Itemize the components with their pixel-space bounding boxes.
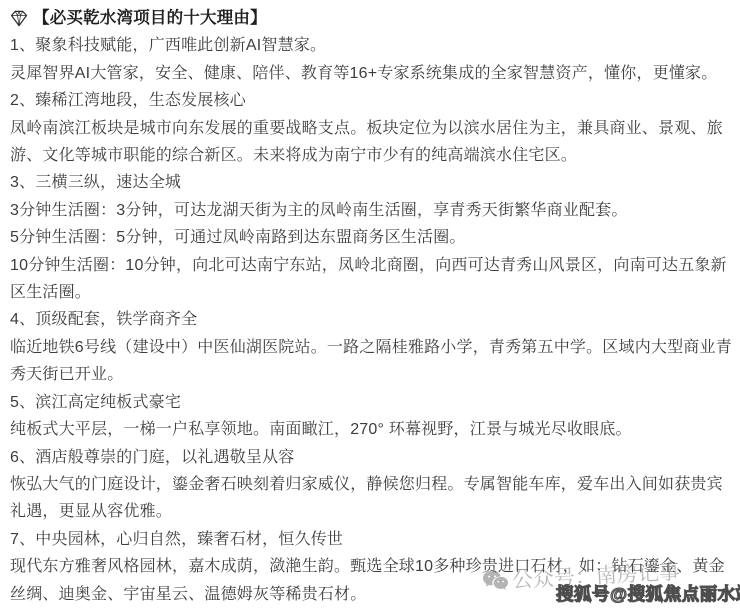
page: { "page": { "background": "#ffffff", "bo…: [0, 0, 740, 609]
gem-icon: [10, 10, 28, 27]
paragraph: 纯板式大平层，一梯一户私享领地。南面瞰江，270° 环幕视野，江景与城光尽收眼底…: [10, 416, 732, 443]
paragraph: 4、顶级配套，铁学商齐全: [10, 306, 732, 333]
paragraph: 现代东方雅奢风格园林，嘉木成荫，潋滟生韵。甄选全球10多种珍贵进口石材，如：钻石…: [10, 553, 732, 608]
paragraph: 5分钟生活圈：5分钟，可通过凤岭南路到达东盟商务区生活圈。: [10, 224, 732, 251]
paragraph: 恢弘大气的门庭设计，鎏金奢石映刻着归家威仪，静候您归程。专属智能车库，爱车出入间…: [10, 471, 732, 526]
paragraph: 3、三横三纵，速达全城: [10, 169, 732, 196]
paragraph: 6、酒店般尊崇的门庭，以礼遇敬呈从容: [10, 444, 732, 471]
paragraph: 5、滨江高定纯板式豪宅: [10, 389, 732, 416]
article-body: 【必买乾水湾项目的十大理由】 1、聚象科技赋能，广西唯此创新AI智慧家。 灵犀智…: [0, 0, 740, 608]
paragraph: 1、聚象科技赋能，广西唯此创新AI智慧家。: [10, 32, 732, 59]
paragraph: 灵犀智界AI大管家，安全、健康、陪伴、教育等16+专家系统集成的全家智慧资产，懂…: [10, 60, 732, 87]
page-title-text: 【必买乾水湾项目的十大理由】: [33, 5, 267, 32]
page-title: 【必买乾水湾项目的十大理由】: [10, 5, 732, 32]
paragraph: 2、臻稀江湾地段，生态发展核心: [10, 87, 732, 114]
paragraph: 7、中央园林，心归自然，臻奢石材，恒久传世: [10, 526, 732, 553]
paragraph: 临近地铁6号线（建设中）中医仙湖医院站。一路之隔桂雅路小学，青秀第五中学。区域内…: [10, 334, 732, 389]
paragraph: 凤岭南滨江板块是城市向东发展的重要战略支点。板块定位为以滨水居住为主，兼具商业、…: [10, 115, 732, 170]
paragraph: 10分钟生活圈：10分钟，向北可达南宁东站，凤岭北商圈，向西可达青秀山风景区，向…: [10, 252, 732, 307]
paragraph: 3分钟生活圈：3分钟，可达龙湖天街为主的凤岭南生活圈，享青秀天街繁华商业配套。: [10, 197, 732, 224]
